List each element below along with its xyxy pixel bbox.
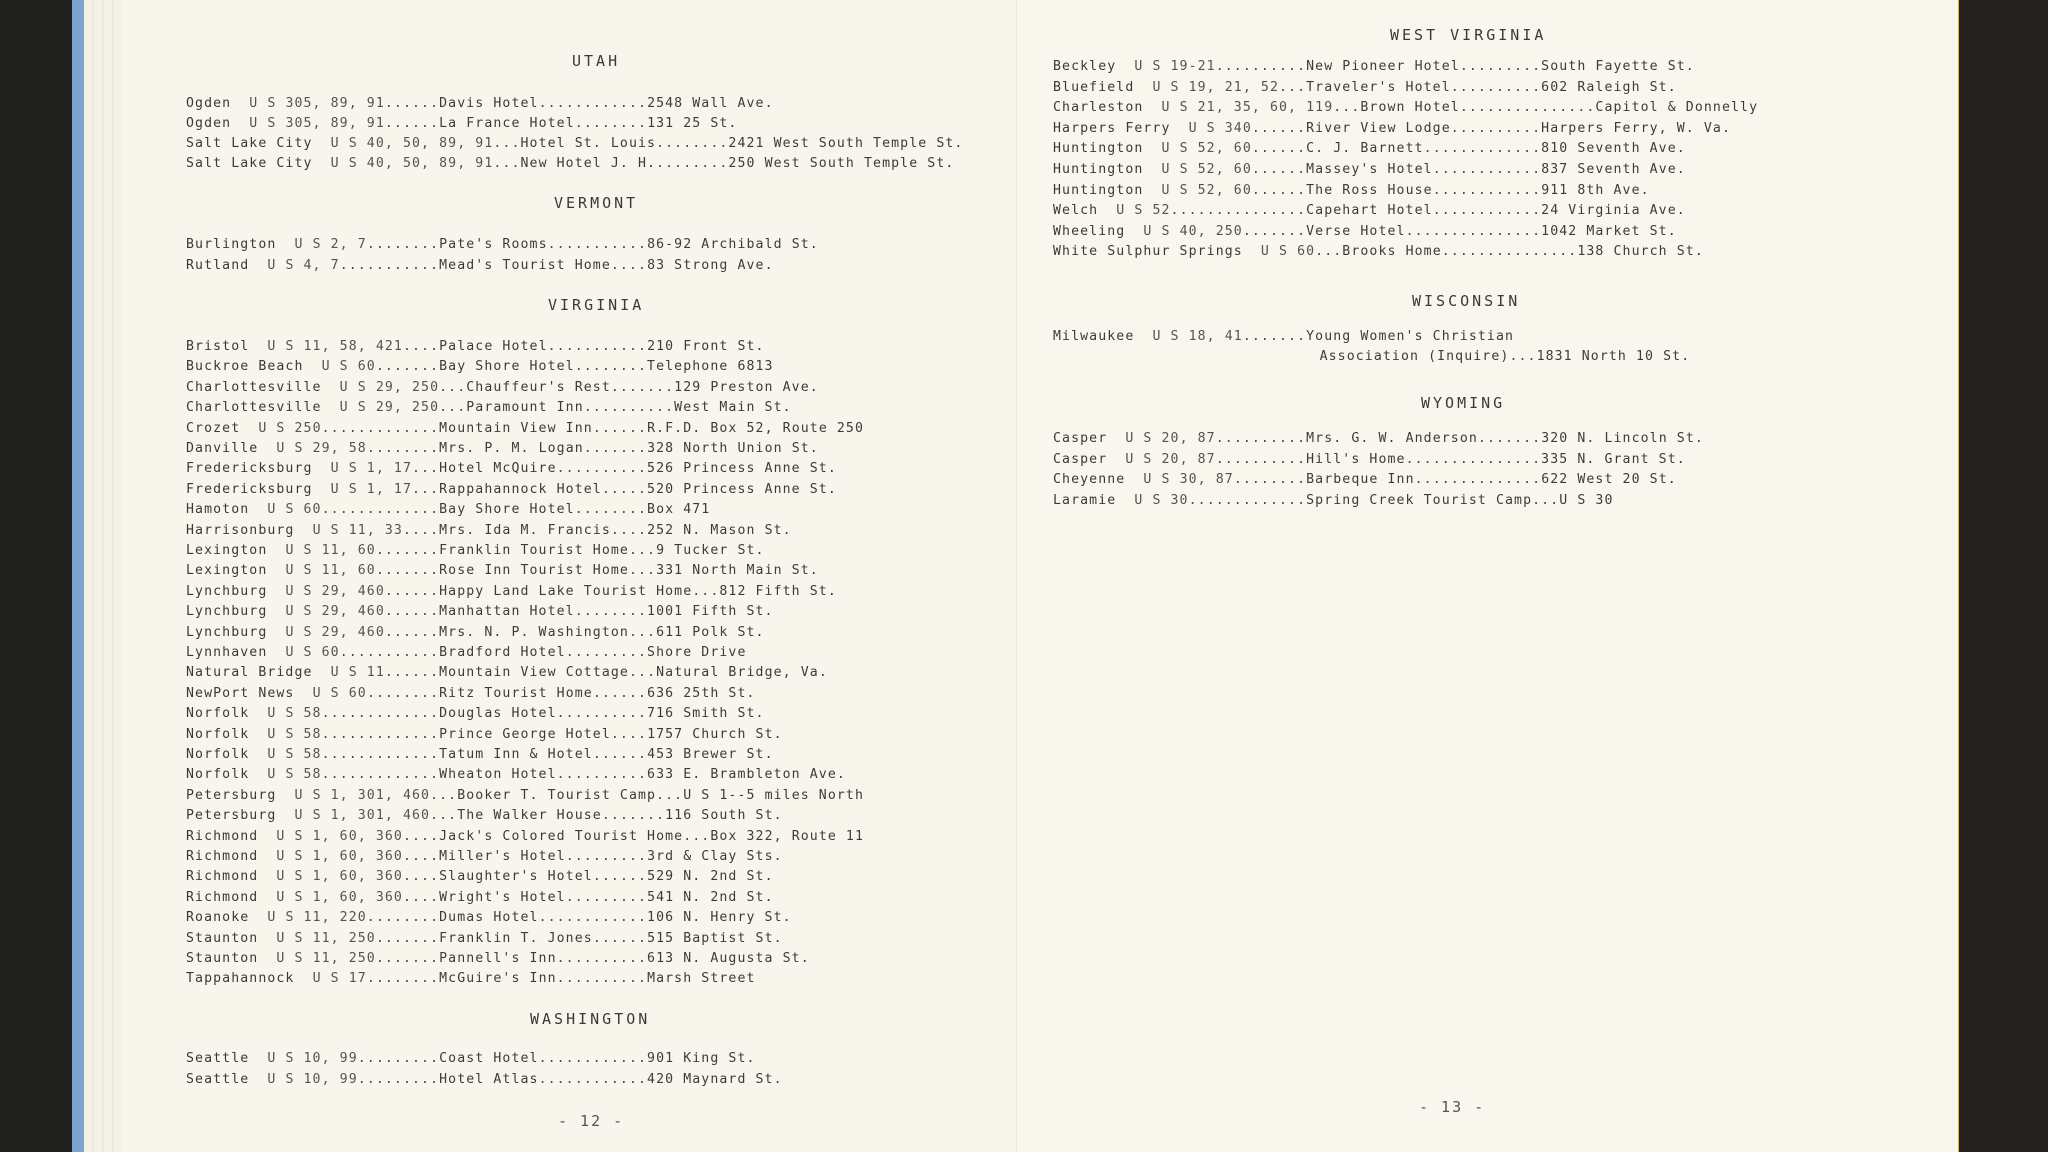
dot-leader: ...... xyxy=(593,421,647,436)
dot-leader: ... xyxy=(430,788,457,803)
dot-leader: .... xyxy=(611,727,647,742)
establishment-name: Hotel Atlas xyxy=(439,1072,538,1087)
establishment-name: Dumas Hotel xyxy=(439,910,538,925)
city-name: Charlottesville xyxy=(186,380,322,395)
listing-row: Laramie U S 30.............Spring Creek … xyxy=(1053,492,1614,510)
city-name: Ogden xyxy=(186,96,231,111)
listing-row: Roanoke U S 11, 220........Dumas Hotel..… xyxy=(186,909,792,927)
establishment-name: Miller's Hotel xyxy=(439,849,566,864)
route-numbers: U S 1, 60, 360 xyxy=(258,890,403,905)
dot-leader: ....... xyxy=(376,359,439,374)
establishment-name: Young Women's Christian xyxy=(1306,329,1514,344)
establishment-name: Hotel McQuire xyxy=(439,461,557,476)
listing-row: Natural Bridge U S 11......Mountain View… xyxy=(186,664,828,682)
street-address: 633 E. Brambleton Ave. xyxy=(647,767,846,782)
establishment-name: Bay Shore Hotel xyxy=(439,359,575,374)
dot-leader: ............. xyxy=(1189,493,1307,508)
route-numbers: U S 58 xyxy=(249,706,321,721)
dot-leader: ............ xyxy=(539,1051,647,1066)
city-name: Roanoke xyxy=(186,910,249,925)
dot-leader: ......... xyxy=(566,849,647,864)
establishment-name: Palace Hotel xyxy=(439,339,547,354)
route-numbers: U S 40, 50, 89, 91 xyxy=(313,156,494,171)
establishment-name: Pate's Rooms xyxy=(439,237,547,252)
route-numbers: U S 250 xyxy=(240,421,321,436)
dot-leader: ...... xyxy=(593,686,647,701)
dot-leader: ....... xyxy=(1243,224,1306,239)
city-name: Danville xyxy=(186,441,258,456)
route-numbers: U S 60 xyxy=(249,502,321,517)
city-name: Norfolk xyxy=(186,747,249,762)
street-address: U S 30 xyxy=(1559,493,1613,508)
route-numbers: U S 30, 87 xyxy=(1125,472,1233,487)
dot-leader: ............. xyxy=(1424,141,1542,156)
dot-leader: ....... xyxy=(611,380,674,395)
route-numbers: U S 52, 60 xyxy=(1143,183,1251,198)
establishment-name: Franklin Tourist Home xyxy=(439,543,629,558)
route-numbers: U S 17 xyxy=(294,971,366,986)
establishment-name: Pannell's Inn xyxy=(439,951,557,966)
city-name: Fredericksburg xyxy=(186,461,313,476)
city-name: Harpers Ferry xyxy=(1053,121,1171,136)
street-address: 716 Smith St. xyxy=(647,706,765,721)
route-numbers: U S 29, 460 xyxy=(267,625,385,640)
listing-row: Lynchburg U S 29, 460......Manhattan Hot… xyxy=(186,603,774,621)
dot-leader: ........ xyxy=(367,441,439,456)
dot-leader: .... xyxy=(403,339,439,354)
listing-row: Huntington U S 52, 60......C. J. Barnett… xyxy=(1053,140,1686,158)
street-address: 131 25 St. xyxy=(647,116,737,131)
city-name: Norfolk xyxy=(186,706,249,721)
city-name: Bluefield xyxy=(1053,80,1134,95)
route-numbers: U S 60 xyxy=(1243,244,1315,259)
dot-leader: .............. xyxy=(1415,472,1542,487)
city-name: Norfolk xyxy=(186,767,249,782)
city-name: Rutland xyxy=(186,258,249,273)
establishment-name: Slaughter's Hotel xyxy=(439,869,593,884)
city-name: Petersburg xyxy=(186,788,276,803)
route-numbers: U S 1, 17 xyxy=(313,461,412,476)
state-heading: WISCONSIN xyxy=(1412,292,1520,310)
dot-leader: ...... xyxy=(385,625,439,640)
route-numbers: U S 40, 250 xyxy=(1125,224,1243,239)
establishment-name: Traveler's Hotel xyxy=(1306,80,1451,95)
street-address: 250 West South Temple St. xyxy=(728,156,954,171)
left-page: - 12 - UTAHOgden U S 305, 89, 91......Da… xyxy=(122,0,1022,1152)
dot-leader: ............. xyxy=(322,421,440,436)
dot-leader: ... xyxy=(683,829,710,844)
city-name: Charlottesville xyxy=(186,400,322,415)
dot-leader: .......... xyxy=(557,767,647,782)
establishment-name: Capehart Hotel xyxy=(1306,203,1433,218)
listing-row: Richmond U S 1, 60, 360....Slaughter's H… xyxy=(186,868,774,886)
city-name: Burlington xyxy=(186,237,276,252)
route-numbers: U S 58 xyxy=(249,727,321,742)
dot-leader: ........... xyxy=(548,237,647,252)
street-address: 901 King St. xyxy=(647,1051,755,1066)
city-name: Casper xyxy=(1053,431,1107,446)
dot-leader: ......... xyxy=(1460,59,1541,74)
establishment-name: Jack's Colored Tourist Home xyxy=(439,829,683,844)
street-address: Harpers Ferry, W. Va. xyxy=(1541,121,1731,136)
route-numbers: U S 29, 250 xyxy=(322,400,440,415)
listing-row: Seattle U S 10, 99.........Coast Hotel..… xyxy=(186,1050,756,1068)
street-address: 810 Seventh Ave. xyxy=(1541,141,1686,156)
street-address: 1831 North 10 St. xyxy=(1537,349,1691,364)
listing-row: Bluefield U S 19, 21, 52...Traveler's Ho… xyxy=(1053,79,1677,97)
route-numbers: U S 10, 99 xyxy=(249,1072,357,1087)
street-address: 911 8th Ave. xyxy=(1541,183,1649,198)
dot-leader: ............. xyxy=(322,767,440,782)
city-name: Huntington xyxy=(1053,141,1143,156)
route-numbers: U S 305, 89, 91 xyxy=(231,96,385,111)
establishment-name: Spring Creek Tourist Camp xyxy=(1306,493,1532,508)
route-numbers: U S 340 xyxy=(1171,121,1252,136)
city-name: Staunton xyxy=(186,951,258,966)
city-name: Crozet xyxy=(186,421,240,436)
city-name: Tappahannock xyxy=(186,971,294,986)
establishment-name: Douglas Hotel xyxy=(439,706,557,721)
route-numbers: U S 19, 21, 52 xyxy=(1134,80,1279,95)
city-name: Seattle xyxy=(186,1072,249,1087)
city-name: Huntington xyxy=(1053,183,1143,198)
street-address: 837 Seventh Ave. xyxy=(1541,162,1686,177)
listing-row: Charlottesville U S 29, 250...Paramount … xyxy=(186,399,792,417)
dot-leader: ....... xyxy=(1243,329,1306,344)
route-numbers: U S 52, 60 xyxy=(1143,141,1251,156)
dot-leader: ... xyxy=(656,788,683,803)
city-name: Hamoton xyxy=(186,502,249,517)
dot-leader: .... xyxy=(403,869,439,884)
dot-leader: ... xyxy=(629,563,656,578)
street-address: 541 N. 2nd St. xyxy=(647,890,774,905)
listing-row: Lynchburg U S 29, 460......Mrs. N. P. Wa… xyxy=(186,624,765,642)
city-name: Richmond xyxy=(186,849,258,864)
state-heading: WEST VIRGINIA xyxy=(1390,26,1546,44)
listing-row: Casper U S 20, 87..........Mrs. G. W. An… xyxy=(1053,430,1704,448)
listing-row: Milwaukee U S 18, 41.......Young Women's… xyxy=(1053,328,1514,346)
city-name: Welch xyxy=(1053,203,1098,218)
city-name: Lynnhaven xyxy=(186,645,267,660)
route-numbers: U S 305, 89, 91 xyxy=(231,116,385,131)
route-numbers: U S 11, 60 xyxy=(267,563,375,578)
dot-leader: ... xyxy=(1315,244,1342,259)
listing-row: Bristol U S 11, 58, 421....Palace Hotel.… xyxy=(186,338,765,356)
establishment-name: Happy Land Lake Tourist Home xyxy=(439,584,692,599)
street-address: R.F.D. Box 52, Route 250 xyxy=(647,421,864,436)
establishment-name: C. J. Barnett xyxy=(1306,141,1424,156)
establishment-name: Hotel St. Louis xyxy=(520,136,656,151)
dot-leader: ............ xyxy=(1433,183,1541,198)
establishment-name: Bay Shore Hotel xyxy=(439,502,575,517)
listing-row: Huntington U S 52, 60......Massey's Hote… xyxy=(1053,161,1686,179)
route-numbers: U S 18, 41 xyxy=(1134,329,1242,344)
listing-row: Richmond U S 1, 60, 360....Wright's Hote… xyxy=(186,889,774,907)
street-address: 83 Strong Ave. xyxy=(647,258,774,273)
dot-leader: ......... xyxy=(566,645,647,660)
dot-leader: ... xyxy=(629,665,656,680)
street-address: 3rd & Clay Sts. xyxy=(647,849,783,864)
street-address: Box 471 xyxy=(647,502,710,517)
dot-leader: ........ xyxy=(367,686,439,701)
dot-leader: ........ xyxy=(656,156,728,171)
city-name: Huntington xyxy=(1053,162,1143,177)
listing-row: Harrisonburg U S 11, 33....Mrs. Ida M. F… xyxy=(186,522,792,540)
establishment-name: Wheaton Hotel xyxy=(439,767,557,782)
listing-row: Beckley U S 19-21..........New Pioneer H… xyxy=(1053,58,1695,76)
establishment-name: New Hotel J. H. xyxy=(520,156,656,171)
listing-row: Harpers Ferry U S 340......River View Lo… xyxy=(1053,120,1731,138)
listing-row: Hamoton U S 60.............Bay Shore Hot… xyxy=(186,501,710,519)
dot-leader: ........ xyxy=(575,502,647,517)
city-name: Lynchburg xyxy=(186,625,267,640)
establishment-name: Mountain View Cottage xyxy=(439,665,629,680)
route-numbers: U S 29, 460 xyxy=(267,604,385,619)
street-address: 526 Princess Anne St. xyxy=(647,461,837,476)
dot-leader: ....... xyxy=(376,931,439,946)
establishment-name: Prince George Hotel xyxy=(439,727,611,742)
establishment-name: Brooks Home xyxy=(1342,244,1441,259)
dot-leader: .... xyxy=(611,258,647,273)
establishment-name: New Pioneer Hotel xyxy=(1306,59,1460,74)
listing-row: Danville U S 29, 58........Mrs. P. M. Lo… xyxy=(186,440,819,458)
dot-leader: ........ xyxy=(367,910,439,925)
city-name: Lynchburg xyxy=(186,584,267,599)
dot-leader: ...... xyxy=(593,931,647,946)
dot-leader: ............. xyxy=(322,502,440,517)
city-name: Laramie xyxy=(1053,493,1116,508)
state-heading: VIRGINIA xyxy=(548,296,644,314)
street-address: 129 Preston Ave. xyxy=(674,380,819,395)
city-name: Lexington xyxy=(186,543,267,558)
city-name: Lexington xyxy=(186,563,267,578)
listing-row: White Sulphur Springs U S 60...Brooks Ho… xyxy=(1053,243,1704,261)
city-name: Casper xyxy=(1053,452,1107,467)
scanner-background-left xyxy=(0,0,82,1152)
listing-row: Huntington U S 52, 60......The Ross Hous… xyxy=(1053,182,1650,200)
dot-leader: ........ xyxy=(656,136,728,151)
listing-row: Richmond U S 1, 60, 360....Miller's Hote… xyxy=(186,848,783,866)
dot-leader: ........ xyxy=(1234,472,1306,487)
dot-leader: ............... xyxy=(1406,224,1542,239)
route-numbers: U S 60 xyxy=(267,645,339,660)
dot-leader: ... xyxy=(430,808,457,823)
street-address: 613 N. Augusta St. xyxy=(647,951,810,966)
listing-row: Salt Lake City U S 40, 50, 89, 91...Hote… xyxy=(186,135,963,153)
route-numbers: U S 29, 460 xyxy=(267,584,385,599)
street-address: 2421 West South Temple St. xyxy=(728,136,963,151)
route-numbers: U S 52 xyxy=(1098,203,1170,218)
street-address: Natural Bridge, Va. xyxy=(656,665,828,680)
listing-row: Petersburg U S 1, 301, 460...The Walker … xyxy=(186,807,783,825)
establishment-name: Coast Hotel xyxy=(439,1051,538,1066)
dot-leader: ........ xyxy=(367,237,439,252)
street-address: Telephone 6813 xyxy=(647,359,774,374)
street-address: Capitol & Donnelly xyxy=(1595,100,1758,115)
street-address: 515 Baptist St. xyxy=(647,931,783,946)
dot-leader: ............ xyxy=(539,96,647,111)
listing-row: Norfolk U S 58.............Douglas Hotel… xyxy=(186,705,765,723)
dot-leader: ...... xyxy=(1252,141,1306,156)
dot-leader: .......... xyxy=(584,400,674,415)
route-numbers: U S 1, 60, 360 xyxy=(258,829,403,844)
street-address: South Fayette St. xyxy=(1541,59,1695,74)
listing-row: Ogden U S 305, 89, 91......La France Hot… xyxy=(186,115,737,133)
listing-row: Wheeling U S 40, 250.......Verse Hotel..… xyxy=(1053,223,1677,241)
dot-leader: .......... xyxy=(1451,80,1541,95)
establishment-name: Barbeque Inn xyxy=(1306,472,1414,487)
establishment-name: Booker T. Tourist Camp xyxy=(457,788,656,803)
dot-leader: .... xyxy=(403,890,439,905)
establishment-name: Mountain View Inn xyxy=(439,421,593,436)
city-name: Wheeling xyxy=(1053,224,1125,239)
listing-row: Cheyenne U S 30, 87........Barbeque Inn.… xyxy=(1053,471,1677,489)
street-address: Box 322, Route 11 xyxy=(710,829,864,844)
dot-leader: .......... xyxy=(557,461,647,476)
street-address: 453 Brewer St. xyxy=(647,747,774,762)
route-numbers: U S 1, 60, 360 xyxy=(258,869,403,884)
dot-leader: ... xyxy=(439,380,466,395)
dot-leader: ............. xyxy=(322,727,440,742)
city-name: Lynchburg xyxy=(186,604,267,619)
dot-leader: ...... xyxy=(1252,183,1306,198)
street-address: 1042 Market St. xyxy=(1541,224,1677,239)
establishment-name: Verse Hotel xyxy=(1306,224,1405,239)
dot-leader: .... xyxy=(403,829,439,844)
dot-leader: ...... xyxy=(1252,121,1306,136)
listing-row: Lynchburg U S 29, 460......Happy Land La… xyxy=(186,583,837,601)
state-heading: WASHINGTON xyxy=(530,1010,650,1028)
listing-row: Tappahannock U S 17........McGuire's Inn… xyxy=(186,970,756,988)
establishment-name: Brown Hotel xyxy=(1360,100,1459,115)
right-page: - 13 - WEST VIRGINIABeckley U S 19-21...… xyxy=(1016,0,1959,1152)
establishment-name: Hill's Home xyxy=(1306,452,1405,467)
dot-leader: ............. xyxy=(322,747,440,762)
book-cover-edge xyxy=(72,0,84,1152)
street-address: 529 N. 2nd St. xyxy=(647,869,774,884)
listing-row: NewPort News U S 60........Ritz Tourist … xyxy=(186,685,756,703)
street-address: 9 Tucker St. xyxy=(656,543,764,558)
street-address: 210 Front St. xyxy=(647,339,765,354)
establishment-name: Chauffeur's Rest xyxy=(466,380,611,395)
dot-leader: ... xyxy=(439,400,466,415)
establishment-name: Mead's Tourist Home xyxy=(439,258,611,273)
dot-leader: ......... xyxy=(358,1051,439,1066)
establishment-name: The Ross House xyxy=(1306,183,1433,198)
state-heading: UTAH xyxy=(572,52,620,70)
dot-leader: .......... xyxy=(1216,431,1306,446)
street-address: 812 Fifth St. xyxy=(719,584,837,599)
dot-leader: ...... xyxy=(385,665,439,680)
city-name: Charleston xyxy=(1053,100,1143,115)
route-numbers: U S 11, 58, 421 xyxy=(249,339,403,354)
establishment-name: Davis Hotel xyxy=(439,96,538,111)
city-name: White Sulphur Springs xyxy=(1053,244,1243,259)
city-name: Fredericksburg xyxy=(186,482,313,497)
listing-row: Fredericksburg U S 1, 17...Rappahannock … xyxy=(186,481,837,499)
dot-leader: .......... xyxy=(1216,452,1306,467)
street-address: 636 25th St. xyxy=(647,686,755,701)
listing-row: Richmond U S 1, 60, 360....Jack's Colore… xyxy=(186,828,864,846)
dot-leader: ........... xyxy=(340,645,439,660)
street-address: 138 Church St. xyxy=(1577,244,1704,259)
route-numbers: U S 1, 17 xyxy=(313,482,412,497)
dot-leader: ....... xyxy=(376,563,439,578)
establishment-name: Massey's Hotel xyxy=(1306,162,1433,177)
route-numbers: U S 58 xyxy=(249,767,321,782)
route-numbers: U S 1, 60, 360 xyxy=(258,849,403,864)
street-address: 24 Virginia Ave. xyxy=(1541,203,1686,218)
city-name: Milwaukee xyxy=(1053,329,1134,344)
street-address: 1757 Church St. xyxy=(647,727,783,742)
listing-row: Staunton U S 11, 250.......Pannell's Inn… xyxy=(186,950,810,968)
dot-leader: ....... xyxy=(602,808,665,823)
city-name: Richmond xyxy=(186,869,258,884)
route-numbers: U S 11, 60 xyxy=(267,543,375,558)
listing-row: Staunton U S 11, 250.......Franklin T. J… xyxy=(186,930,783,948)
city-name: Salt Lake City xyxy=(186,156,313,171)
city-name: Beckley xyxy=(1053,59,1116,74)
dot-leader: ...... xyxy=(385,116,439,131)
street-address: 320 N. Lincoln St. xyxy=(1541,431,1704,446)
route-numbers: U S 29, 58 xyxy=(258,441,366,456)
dot-leader: ........ xyxy=(367,971,439,986)
dot-leader: ....... xyxy=(1478,431,1541,446)
dot-leader: ... xyxy=(493,136,520,151)
dot-leader: ............ xyxy=(1433,203,1541,218)
dot-leader: ............... xyxy=(1171,203,1307,218)
route-numbers: U S 29, 250 xyxy=(322,380,440,395)
route-numbers: U S 11, 250 xyxy=(258,951,376,966)
dot-leader: ........ xyxy=(575,116,647,131)
dot-leader: .... xyxy=(611,523,647,538)
dot-leader: ....... xyxy=(376,543,439,558)
establishment-name: Mrs. N. P. Washington xyxy=(439,625,629,640)
dot-leader: ... xyxy=(692,584,719,599)
listing-row: Petersburg U S 1, 301, 460...Booker T. T… xyxy=(186,787,864,805)
establishment-name: McGuire's Inn xyxy=(439,971,557,986)
route-numbers: U S 11, 33 xyxy=(294,523,402,538)
route-numbers: U S 52, 60 xyxy=(1143,162,1251,177)
listing-row: Norfolk U S 58.............Wheaton Hotel… xyxy=(186,766,846,784)
establishment-name: Franklin T. Jones xyxy=(439,931,593,946)
dot-leader: ... xyxy=(1279,80,1306,95)
listing-row: Lynnhaven U S 60...........Bradford Hote… xyxy=(186,644,746,662)
listing-row: Casper U S 20, 87..........Hill's Home..… xyxy=(1053,451,1686,469)
dot-leader: .... xyxy=(403,523,439,538)
dot-leader: ... xyxy=(629,625,656,640)
street-address: 116 South St. xyxy=(665,808,783,823)
street-address: 520 Princess Anne St. xyxy=(647,482,837,497)
street-address: 622 West 20 St. xyxy=(1541,472,1677,487)
street-address: 420 Maynard St. xyxy=(647,1072,783,1087)
establishment-name-continued: Association (Inquire) xyxy=(1320,349,1510,364)
establishment-name: La France Hotel xyxy=(439,116,575,131)
establishment-name: Paramount Inn xyxy=(466,400,584,415)
dot-leader: ... xyxy=(629,543,656,558)
city-name: Richmond xyxy=(186,829,258,844)
route-numbers: U S 58 xyxy=(249,747,321,762)
street-address: 252 N. Mason St. xyxy=(647,523,792,538)
dot-leader: ..... xyxy=(602,482,647,497)
dot-leader: ... xyxy=(493,156,520,171)
route-numbers: U S 30 xyxy=(1116,493,1188,508)
city-name: Petersburg xyxy=(186,808,276,823)
dot-leader: .......... xyxy=(1216,59,1306,74)
listing-row: Seattle U S 10, 99.........Hotel Atlas..… xyxy=(186,1071,783,1089)
dot-leader: ...... xyxy=(385,96,439,111)
dot-leader: .......... xyxy=(557,971,647,986)
